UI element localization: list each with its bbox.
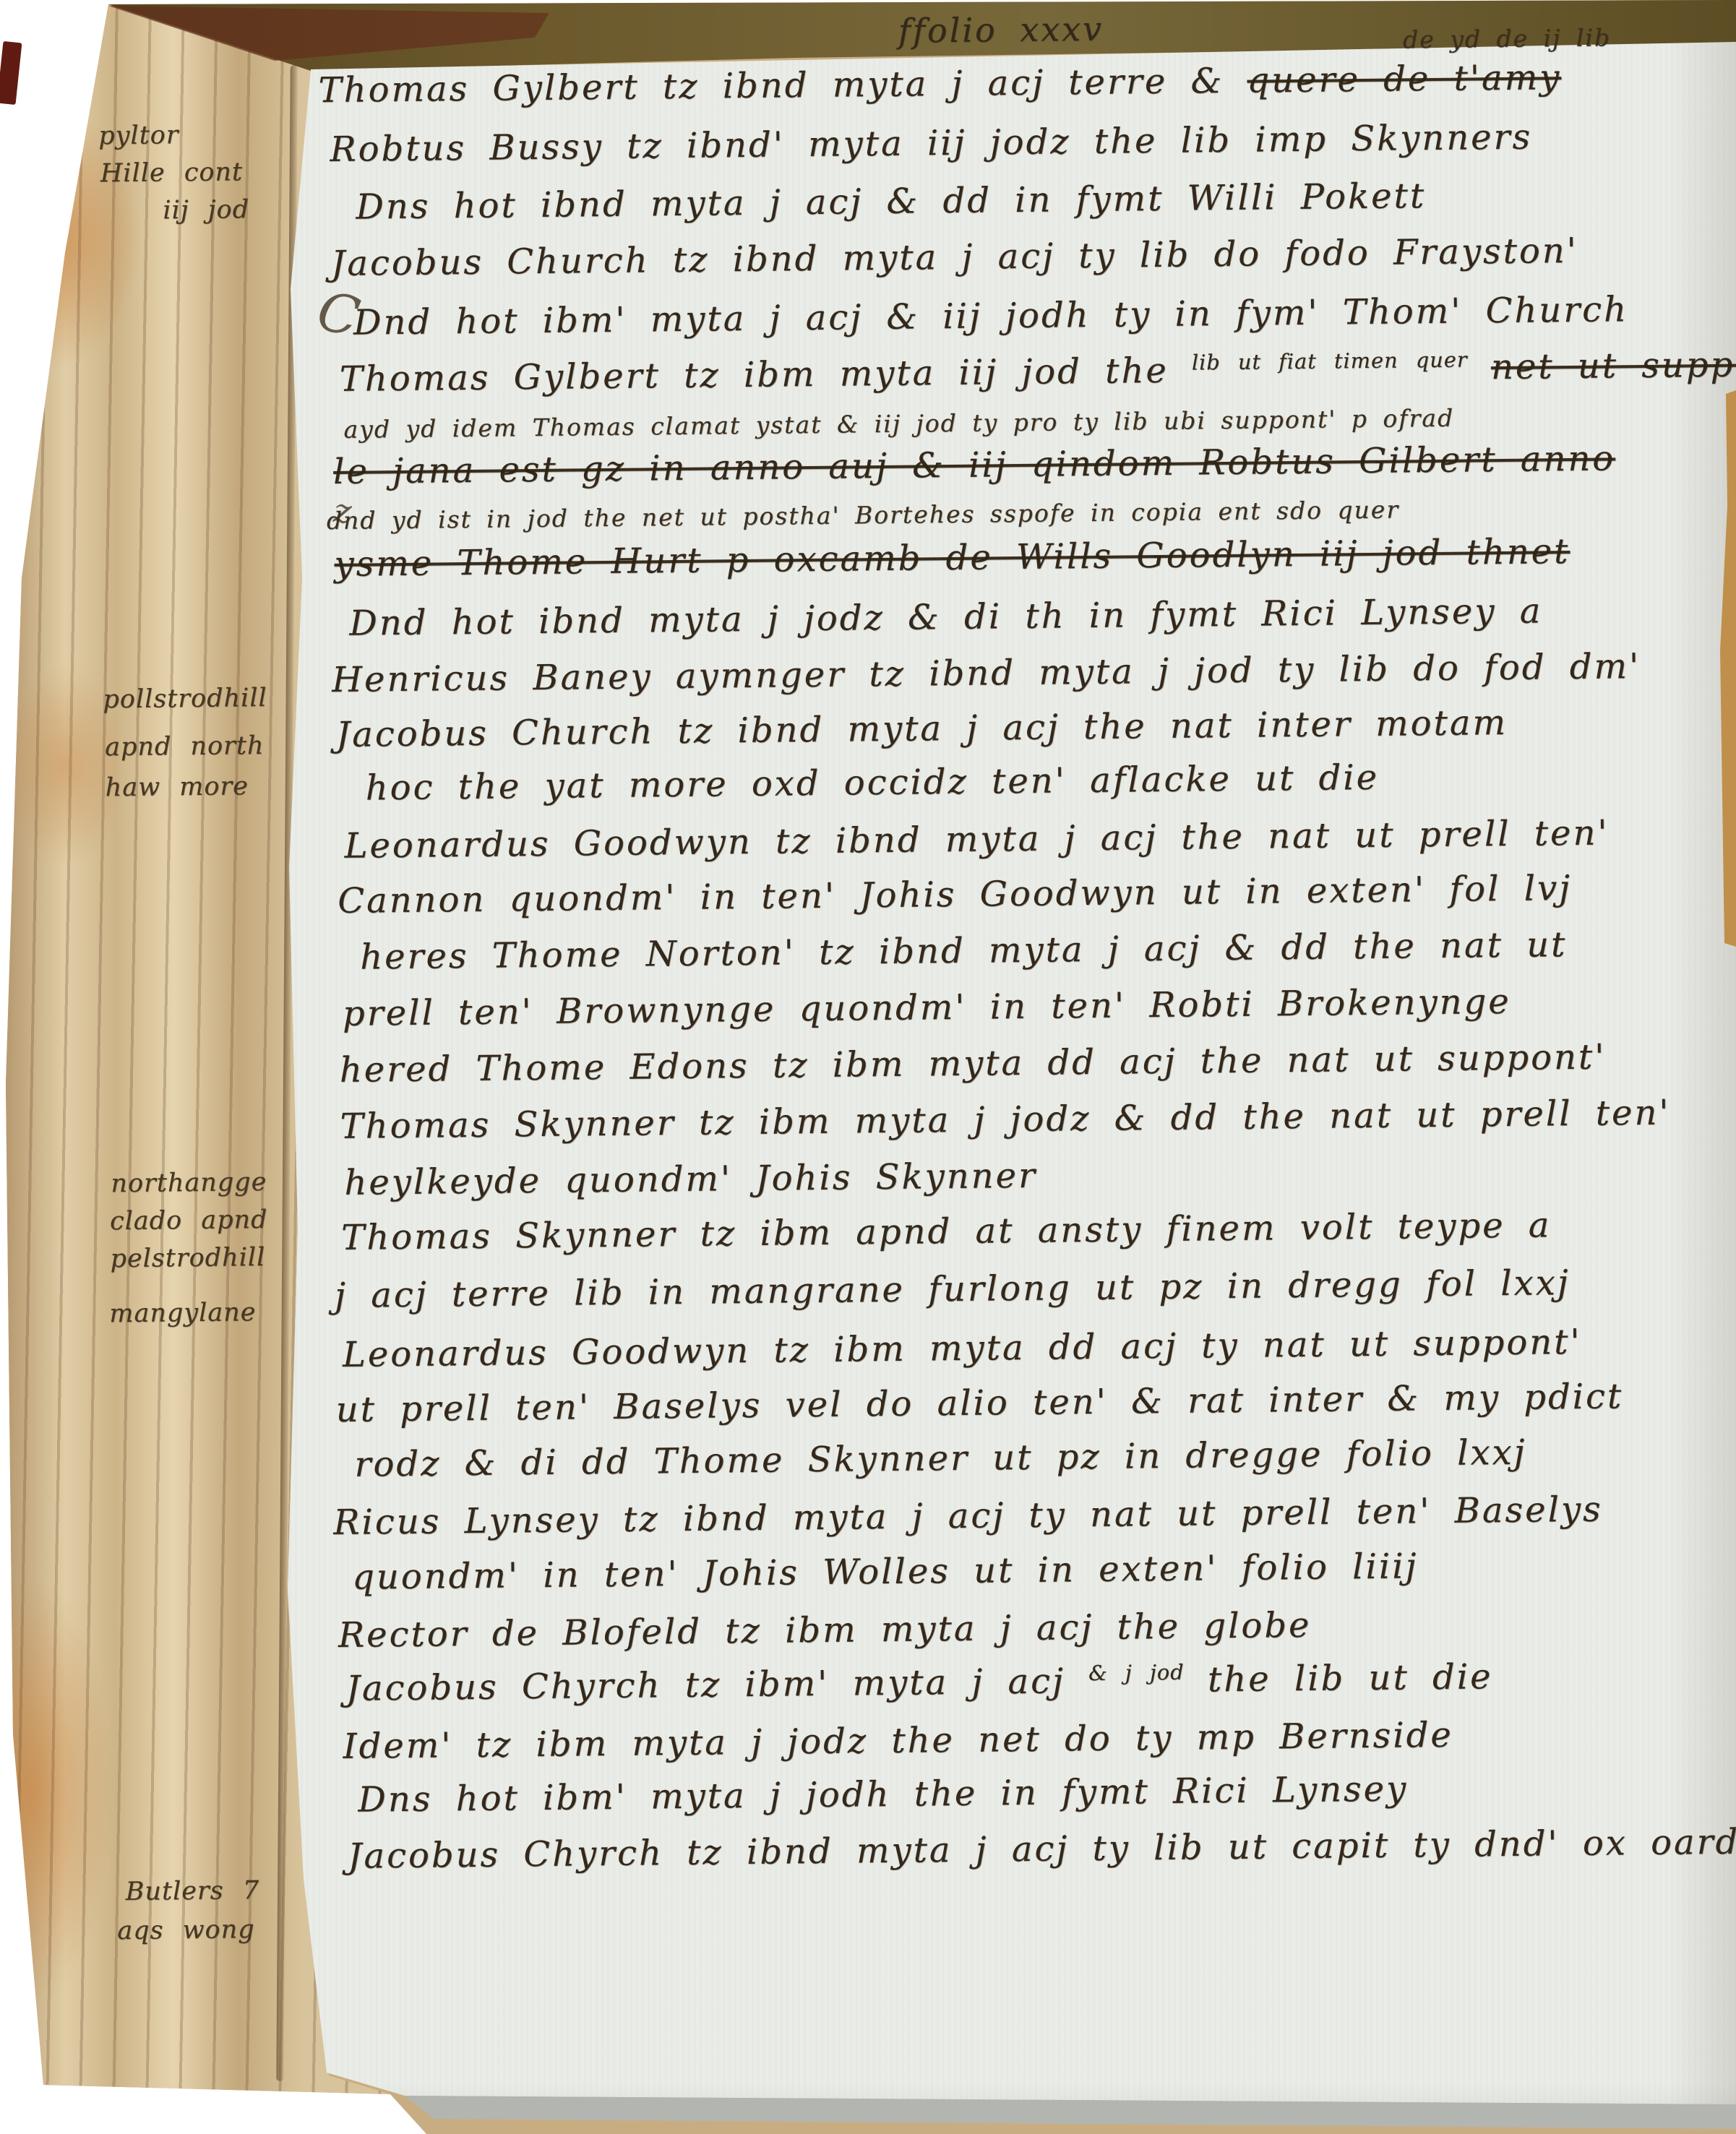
margin-note: haw more xyxy=(106,774,249,801)
margin-note: mangylane xyxy=(109,1300,256,1327)
line-text: Rector de Blofeld tz ibm myta j acj the … xyxy=(338,1605,1312,1656)
line-text: hered Thome Edons tz ibm myta dd acj the… xyxy=(340,1037,1607,1090)
line-text: Dns hot ibnd myta j acj & dd in fymt Wil… xyxy=(356,176,1426,228)
margin-note: iij jod xyxy=(163,197,249,223)
manuscript-line: Rector de Blofeld tz ibm myta j acj the … xyxy=(338,1607,1312,1653)
margin-note: pyltor xyxy=(98,123,179,149)
line-text: Jacobus Chyrch tz ibnd myta j acj ty lib… xyxy=(348,1822,1736,1877)
struck-text: ysme Thome Hurt p oxcamb de Wills Goodly… xyxy=(334,531,1570,585)
line-text: Thomas Gylbert tz ibm myta iij jod the xyxy=(339,350,1169,400)
manuscript-line: Jacobus Church tz ibnd myta j acj the na… xyxy=(336,705,1508,752)
margin-note: northangge xyxy=(111,1170,267,1197)
manuscript-line: heres Thome Norton' tz ibnd myta j acj &… xyxy=(360,926,1568,974)
manuscript-line: Idem' tz ibm myta j jodz the net do ty m… xyxy=(343,1717,1453,1764)
line-text: Idem' tz ibm myta j jodz the net do ty m… xyxy=(343,1715,1453,1767)
struck-text: le jana est gz in anno auj & iij qindom … xyxy=(333,438,1616,492)
manuscript-line: dnd yd ist in jod the net ut postha' Bor… xyxy=(327,497,1400,533)
manuscript-line: Jacobus Church tz ibnd myta j acj ty lib… xyxy=(331,233,1578,281)
manuscript-line: Thomas Skynner tz ibm myta j jodz & dd t… xyxy=(340,1095,1670,1144)
manuscript-line: Jacobus Chyrch tz ibnd myta j acj ty lib… xyxy=(348,1824,1736,1874)
superscript-text: lib ut fiat timen quer xyxy=(1192,347,1468,374)
line-text: Thomas Skynner tz ibm myta j jodz & dd t… xyxy=(340,1093,1670,1147)
margin-note: clado apnd xyxy=(110,1208,268,1234)
manuscript-line: quondm' in ten' Johis Wolles ut in exten… xyxy=(352,1548,1419,1594)
line-text: rodz & di dd Thome Skynner ut pz in dreg… xyxy=(354,1432,1527,1485)
line-text: Dns hot ibm' myta j jodh the in fymt Ric… xyxy=(358,1768,1408,1820)
manuscript-line: Dnd hot ibm' myta j acj & iij jodh ty in… xyxy=(353,291,1628,340)
manuscript-line: hered Thome Edons tz ibm myta dd acj the… xyxy=(340,1039,1607,1088)
line-text: j acj terre lib in mangrane furlong ut p… xyxy=(335,1262,1570,1316)
line-text: Leonardus Goodwyn tz ibm myta dd acj ty … xyxy=(343,1322,1582,1375)
line-text: heylkeyde quondm' Johis Skynner xyxy=(344,1156,1037,1203)
margin-note: aqs wong xyxy=(117,1917,255,1944)
manuscript-line: Thomas Skynner tz ibm apnd at ansty fine… xyxy=(341,1207,1552,1255)
line-text: Jacobus Church tz ibnd myta j acj ty lib… xyxy=(331,231,1578,284)
line-text: Cannon quondm' in ten' Johis Goodwyn ut … xyxy=(338,868,1572,921)
line-text: Dnd hot ibm' myta j acj & iij jodh ty in… xyxy=(353,289,1629,343)
manuscript-line: hoc the yat more oxd occidz ten' aflacke… xyxy=(365,760,1379,806)
line-text: Robtus Bussy tz ibnd' myta iij jodz the … xyxy=(330,117,1532,170)
line-text: ut prell ten' Baselys vel do alio ten' &… xyxy=(335,1376,1623,1430)
manuscript-line: ut prell ten' Baselys vel do alio ten' &… xyxy=(335,1378,1623,1427)
manuscript-line: Jacobus Chyrch tz ibm' myta j acj & j jo… xyxy=(346,1658,1493,1706)
line-text: Leonardus Goodwyn tz ibnd myta j acj the… xyxy=(344,812,1610,866)
margin-note: apnd north xyxy=(105,733,265,760)
line-text: hoc the yat more oxd occidz ten' aflacke… xyxy=(365,757,1379,809)
manuscript-line: ysme Thome Hurt p oxcamb de Wills Goodly… xyxy=(334,533,1570,582)
manuscript-line: le jana est gz in anno auj & iij qindom … xyxy=(333,440,1615,489)
line-text: Thomas Gylbert tz ibnd myta j acj terre … xyxy=(318,61,1224,111)
line-text: Jacobus Chyrch tz ibm' myta j acj xyxy=(345,1661,1065,1708)
interlinear-note: de yd de ij lib xyxy=(1403,25,1611,51)
handwriting-layer: ffolio xxxv de yd de ij lib pyltor Hille… xyxy=(0,0,1736,2134)
manuscript-line: Leonardus Goodwyn tz ibnd myta j acj the… xyxy=(344,814,1609,863)
line-text-cont: the lib ut die xyxy=(1208,1656,1493,1700)
line-text: heres Thome Norton' tz ibnd myta j acj &… xyxy=(360,924,1568,977)
line-text: dnd yd ist in jod the net ut postha' Bor… xyxy=(327,495,1400,535)
manuscript-line: Henricus Baney aymnger tz ibnd myta j jo… xyxy=(332,648,1641,697)
struck-text: quere de t'amy xyxy=(1247,57,1561,101)
manuscript-line: Dnd hot ibnd myta j jodz & di th in fymt… xyxy=(349,593,1542,640)
manuscript-line: ayd yd idem Thomas clamat ystat & iij jo… xyxy=(343,406,1454,442)
manuscript-line: Leonardus Goodwyn tz ibm myta dd acj ty … xyxy=(343,1324,1582,1372)
manuscript-line: Dns hot ibnd myta j acj & dd in fymt Wil… xyxy=(356,178,1426,225)
manuscript-line: Thomas Gylbert tz ibm myta iij jod the l… xyxy=(340,345,1736,397)
manuscript-line: Ricus Lynsey tz ibnd myta j acj ty nat u… xyxy=(333,1492,1603,1540)
manuscript-line: Cannon quondm' in ten' Johis Goodwyn ut … xyxy=(338,870,1572,918)
line-text: Dnd hot ibnd myta j jodz & di th in fymt… xyxy=(349,590,1543,643)
struck-text: net ut suppont xyxy=(1491,344,1736,387)
line-text: ayd yd idem Thomas clamat ystat & iij jo… xyxy=(343,404,1454,444)
margin-note: pelstrodhill xyxy=(110,1245,265,1272)
manuscript-line: j acj terre lib in mangrane furlong ut p… xyxy=(335,1265,1570,1313)
line-text: quondm' in ten' Johis Wolles ut in exten… xyxy=(352,1546,1419,1597)
manuscript-line: Dns hot ibm' myta j jodh the in fymt Ric… xyxy=(358,1771,1408,1817)
margin-note: pollstrodhill xyxy=(103,686,267,713)
manuscript-line: Thomas Gylbert tz ibnd myta j acj terre … xyxy=(318,59,1561,108)
manuscript-line: prell ten' Brownynge quondm' in ten' Rob… xyxy=(343,984,1511,1031)
line-text: Thomas Skynner tz ibm apnd at ansty fine… xyxy=(341,1205,1552,1258)
line-text: prell ten' Brownynge quondm' in ten' Rob… xyxy=(343,981,1511,1034)
manuscript-line: Robtus Bussy tz ibnd' myta iij jodz the … xyxy=(330,119,1532,167)
folio-heading: ffolio xxxv xyxy=(898,12,1104,48)
line-text: Henricus Baney aymnger tz ibnd myta j jo… xyxy=(332,646,1641,700)
line-text: Ricus Lynsey tz ibnd myta j acj ty nat u… xyxy=(333,1489,1603,1543)
line-text: Jacobus Church tz ibnd myta j acj the na… xyxy=(336,702,1508,755)
superscript-text: & j jod xyxy=(1088,1660,1185,1685)
manuscript-photo: C z ffolio xxxv de yd de ij lib pyltor H… xyxy=(0,0,1736,2134)
margin-note: Butlers 7 xyxy=(126,1878,260,1905)
margin-note: Hille cont xyxy=(100,160,244,186)
manuscript-line: heylkeyde quondm' Johis Skynner xyxy=(344,1158,1037,1200)
manuscript-line: rodz & di dd Thome Skynner ut pz in dreg… xyxy=(354,1434,1526,1482)
